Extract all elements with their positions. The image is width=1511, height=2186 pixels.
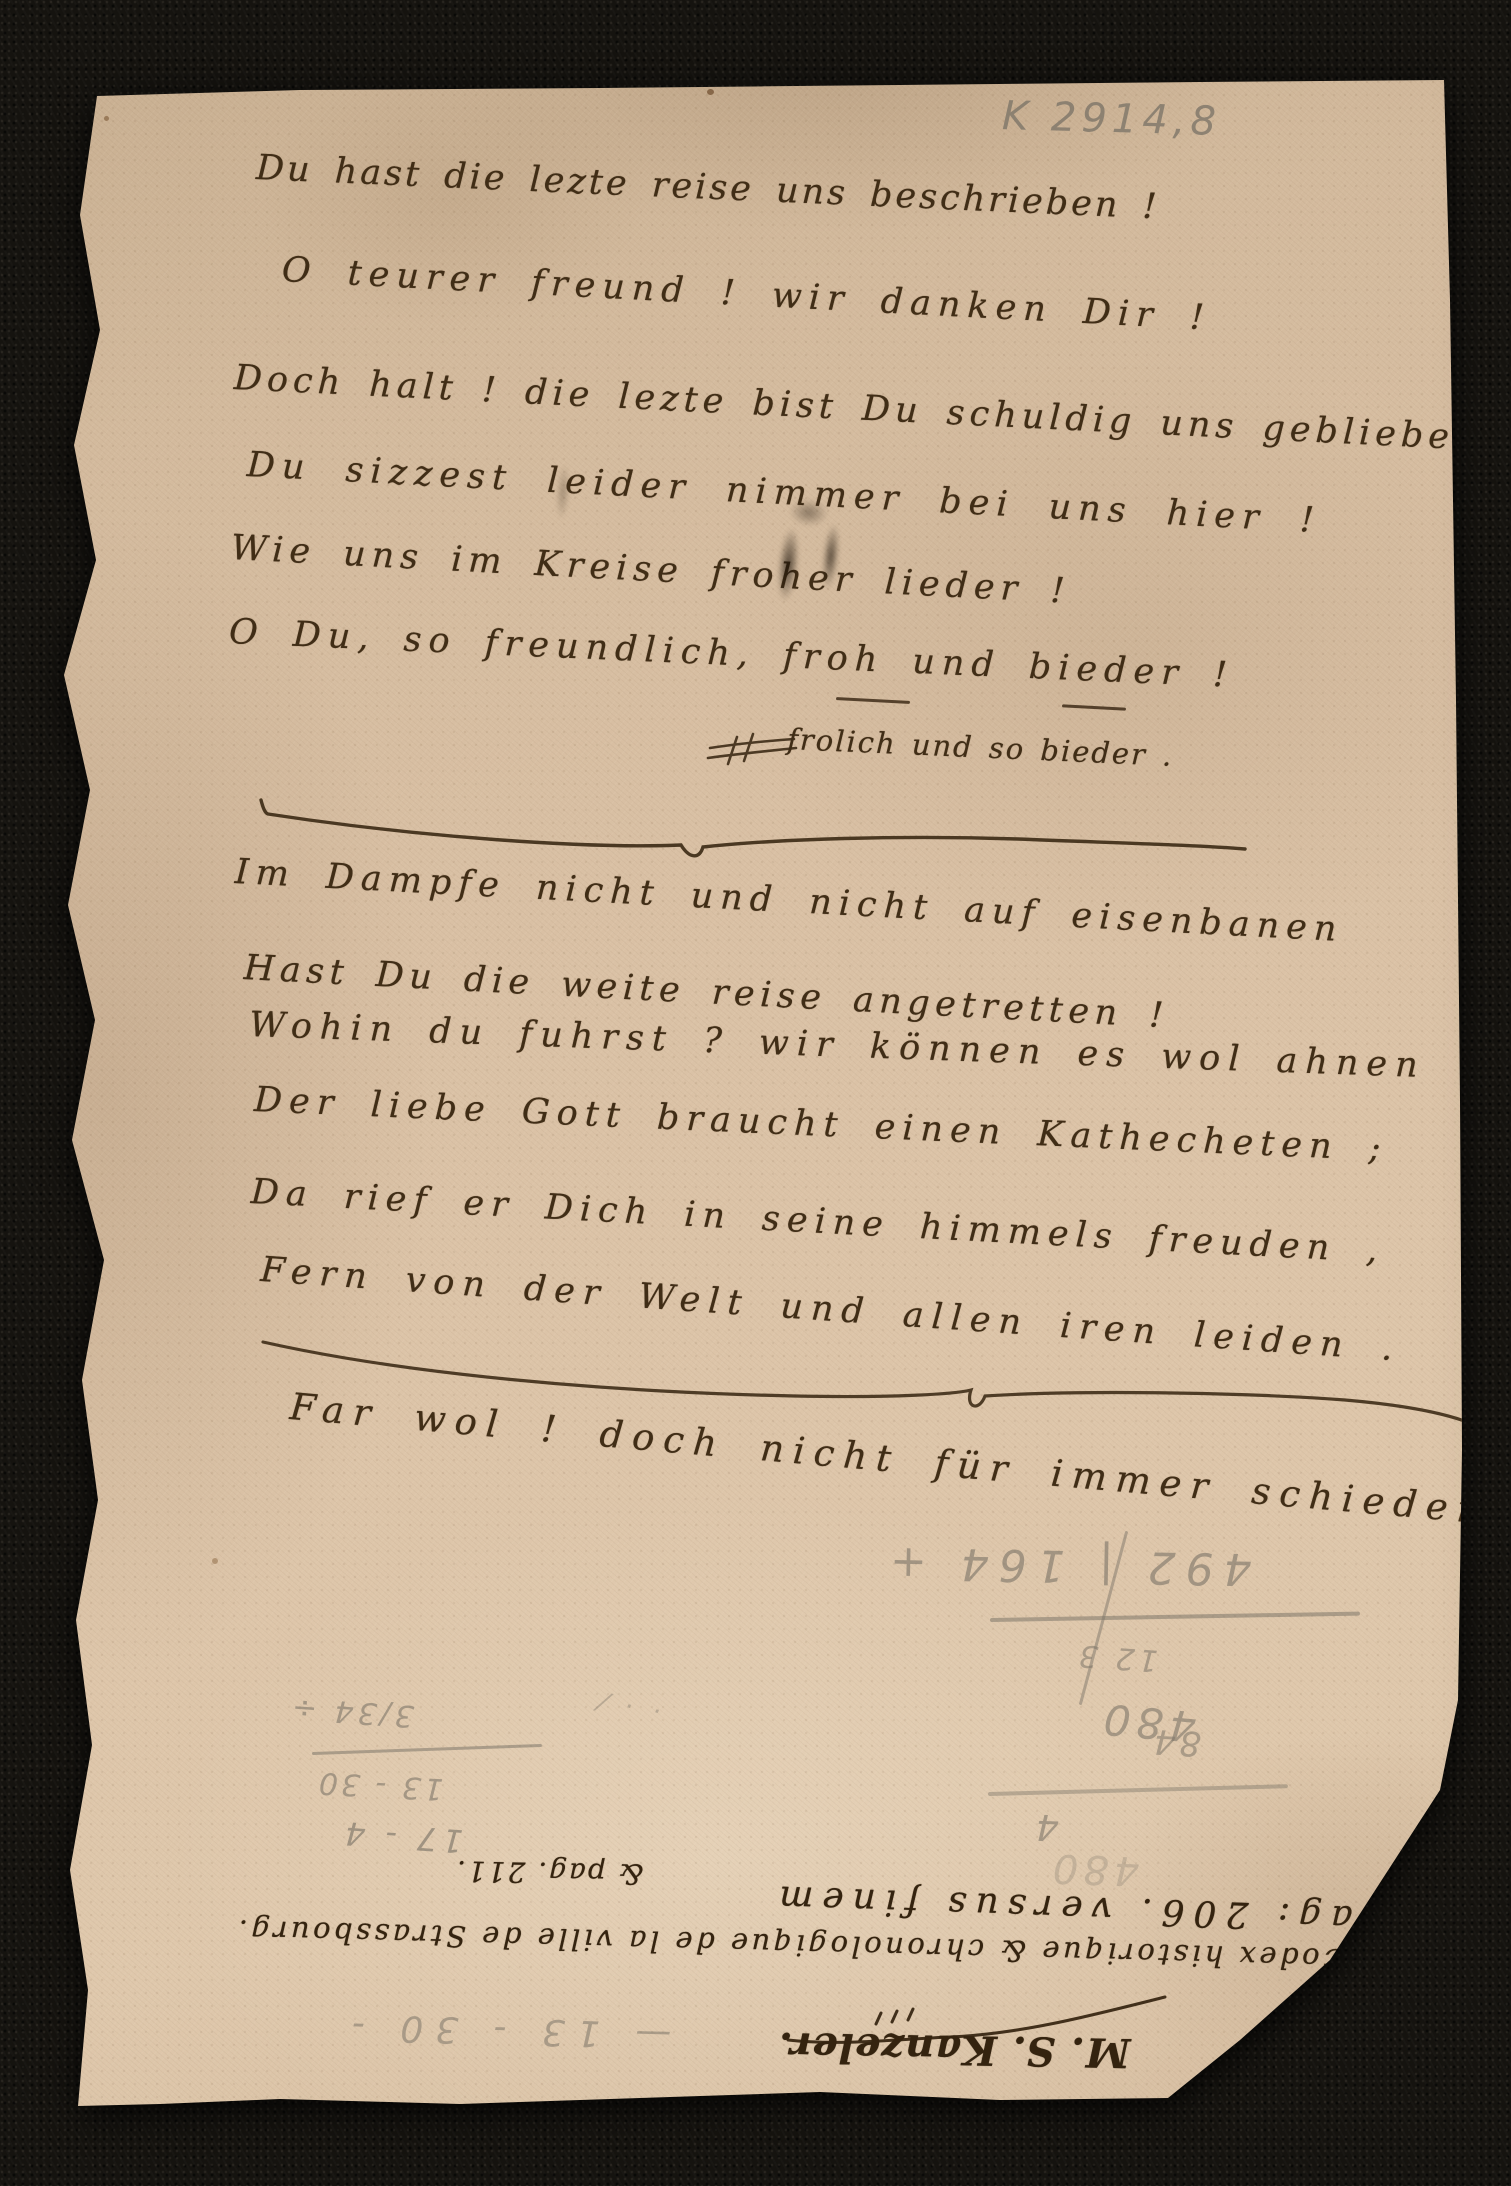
paper-shadow-wrap: K 2914,8 Du hast die lezte reise uns bes… [0, 0, 1511, 2186]
poem-line-6: O Du, so freundlich, froh und bieder ! [228, 612, 1235, 696]
catalog-number: K 2914,8 [1001, 93, 1221, 145]
footer-owner: M. S. Kanzeler. [778, 2023, 1131, 2076]
pencil-right-row-5: 4 [1035, 1806, 1059, 1848]
stanza-divider-flourish-2 [255, 1332, 1510, 1462]
paper-grain [0, 0, 1511, 2186]
pencil-right-row-faint: 480 [1047, 1844, 1140, 1893]
pencil-bottom-row: — 13 - 30 - [340, 2006, 672, 2056]
pencil-left-row-3: 17 - 4 [339, 1814, 464, 1860]
poem-line-10: Der liebe Gott braucht einen Kathecheten… [253, 1080, 1388, 1169]
manuscript-photo: { "meta": { "catalog_number": "K 2914,8"… [0, 0, 1511, 2186]
pencil-right-row-division: 492 | 164 + [880, 1537, 1252, 1594]
pencil-right-row-2: 12 3 [1074, 1637, 1159, 1678]
pencil-rule-1 [990, 1612, 1360, 1622]
ink-smudge-small [545, 447, 581, 537]
correction-strike-mark [706, 733, 801, 771]
ink-smudge-large [746, 492, 873, 628]
pencil-left-row-1: 3/34 ÷ [287, 1690, 415, 1734]
poem-line-3: Doch halt ! die lezte bist Du schuldig u… [233, 358, 1511, 461]
underline-bieder [1062, 704, 1126, 710]
pencil-right-row-4: 84 [1149, 1721, 1202, 1764]
poem-correction-line: frolich und so bieder . [787, 722, 1175, 773]
pencil-stray-dots: · · ⁄ [593, 1684, 665, 1725]
pencil-left-row-2: 13 - 30 [315, 1765, 444, 1807]
poem-line-7: Im Dampfe nicht und nicht auf eisenbanen [234, 852, 1344, 950]
poem-line-1: Du hast die lezte reise uns beschrieben … [255, 148, 1160, 227]
paper-speck-1 [707, 89, 714, 95]
paper-speck-2 [104, 116, 109, 121]
paper-sheet: K 2914,8 Du hast die lezte reise uns bes… [0, 0, 1511, 2186]
pencil-rule-3 [312, 1744, 542, 1755]
paper-speck-3 [212, 1558, 218, 1564]
underline-froh [836, 697, 910, 704]
paper-edge-vignette [0, 0, 1511, 2186]
paper-mottling [0, 0, 1511, 2186]
stanza-divider-flourish-1 [258, 792, 1258, 862]
pencil-rule-2 [988, 1784, 1288, 1795]
poem-line-11: Da rief er Dich in seine himmels freuden… [250, 1172, 1385, 1271]
poem-line-5: Wie uns im Kreise froher lieder ! [230, 528, 1072, 612]
poem-line-2: O teurer freund ! wir danken Dir ! [281, 250, 1212, 339]
footer-pages-b: & pag. 211. [455, 1854, 644, 1890]
